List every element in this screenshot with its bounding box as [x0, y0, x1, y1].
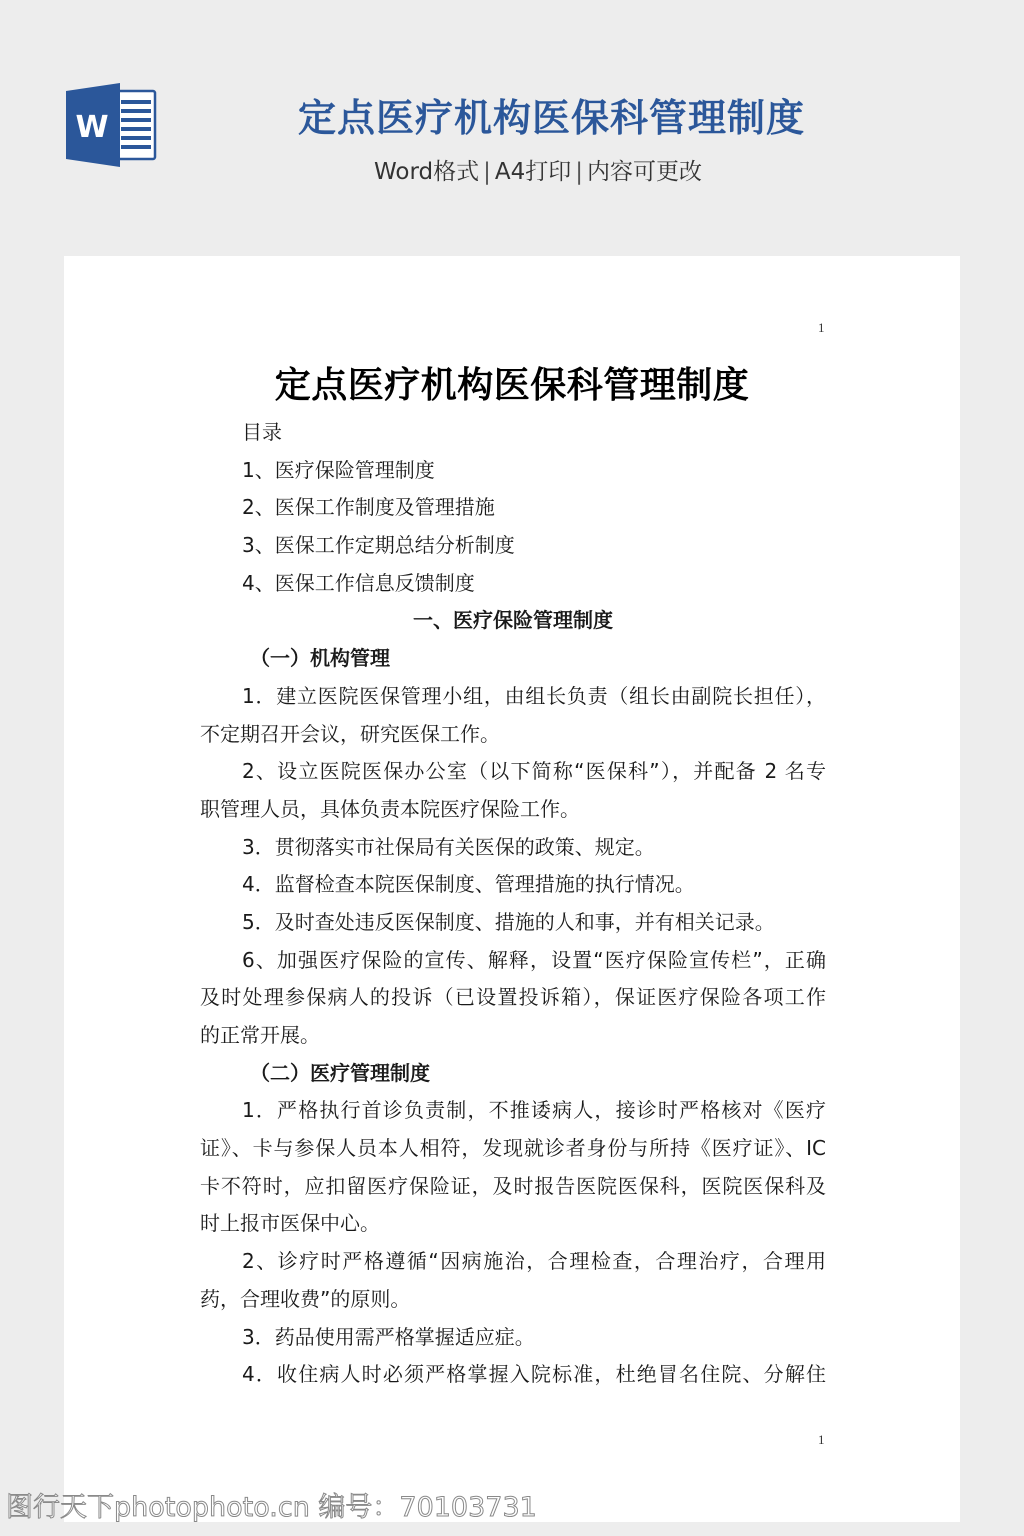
header-subtitle: Word格式|A4打印|内容可更改 — [374, 156, 702, 188]
paragraph-line: 1．建立医院医保管理小组，由组长负责（组长由副院长担任）， — [200, 678, 826, 716]
paragraph-line: 4．监督检查本院医保制度、管理措施的执行情况。 — [200, 866, 826, 904]
paragraph-line: 不定期召开会议，研究医保工作。 — [200, 716, 826, 754]
paragraph-line: 职管理人员，具体负责本院医疗保险工作。 — [200, 791, 826, 829]
toc-item: 3、医保工作定期总结分析制度 — [200, 527, 826, 565]
paragraph-line: 2、设立医院医保办公室（以下简称“医保科”），并配备 2 名专 — [200, 753, 826, 791]
word-document-icon: W — [65, 83, 157, 167]
toc-heading: 目录 — [200, 414, 826, 452]
paragraph-line: 及时处理参保病人的投诉（已设置投诉箱），保证医疗保险各项工作 — [200, 979, 826, 1017]
paragraph-line: 3．贯彻落实市社保局有关医保的政策、规定。 — [200, 829, 826, 867]
page-number-top: 1 — [818, 320, 825, 336]
paragraph-line: 5．及时查处违反医保制度、措施的人和事，并有相关记录。 — [200, 904, 826, 942]
paragraph-line: 卡不符时，应扣留医疗保险证，及时报告医院医保科，医院医保科及 — [200, 1168, 826, 1206]
toc-item: 1、医疗保险管理制度 — [200, 452, 826, 490]
paragraph-line: 1．严格执行首诊负责制，不推诿病人，接诊时严格核对《医疗 — [200, 1092, 826, 1130]
separator: | — [575, 159, 583, 185]
page-number-bottom: 1 — [818, 1432, 825, 1448]
separator: | — [483, 159, 491, 185]
svg-text:W: W — [75, 110, 108, 145]
print-label: A4打印 — [495, 159, 571, 185]
header-title: 定点医疗机构医保科管理制度 — [298, 92, 818, 144]
paragraph-line: 2、诊疗时严格遵循“因病施治，合理检查，合理治疗，合理用 — [200, 1243, 826, 1281]
paragraph-line: 时上报市医保中心。 — [200, 1205, 826, 1243]
paragraph-line: 6、加强医疗保险的宣传、解释，设置“医疗保险宣传栏”，正确 — [200, 942, 826, 980]
watermark-text: 图行天下photophoto.cn 编号：70103731 — [6, 1490, 537, 1526]
header-banner: W 定点医疗机构医保科管理制度 Word格式|A4打印|内容可更改 — [0, 0, 1024, 256]
format-label: Word格式 — [374, 159, 479, 185]
toc-item: 2、医保工作制度及管理措施 — [200, 489, 826, 527]
subsection-title: （一）机构管理 — [200, 640, 826, 678]
paragraph-line: 3．药品使用需严格掌握适应症。 — [200, 1319, 826, 1357]
editable-label: 内容可更改 — [587, 159, 702, 185]
paragraph-line: 的正常开展。 — [200, 1017, 826, 1055]
paragraph-line: 4．收住病人时必须严格掌握入院标准，杜绝冒名住院、分解住 — [200, 1356, 826, 1394]
paragraph-line: 证》、卡与参保人员本人相符，发现就诊者身份与所持《医疗证》、IC — [200, 1130, 826, 1168]
subsection-title: （二）医疗管理制度 — [200, 1055, 826, 1093]
paragraph-line: 药，合理收费”的原则。 — [200, 1281, 826, 1319]
section-title: 一、医疗保险管理制度 — [200, 602, 826, 640]
document-page: 1 定点医疗机构医保科管理制度 目录 1、医疗保险管理制度 2、医保工作制度及管… — [64, 256, 960, 1522]
document-title: 定点医疗机构医保科管理制度 — [64, 361, 960, 411]
document-body: 目录 1、医疗保险管理制度 2、医保工作制度及管理措施 3、医保工作定期总结分析… — [200, 414, 826, 1394]
toc-item: 4、医保工作信息反馈制度 — [200, 565, 826, 603]
